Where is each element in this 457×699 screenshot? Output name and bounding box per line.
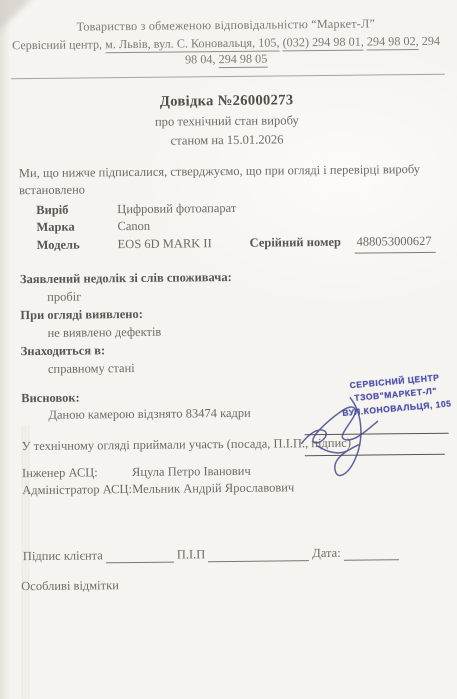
brand-label: Марка [36,219,117,238]
intro-paragraph: Ми, що нижче підписалися, стверджуємо, щ… [19,161,436,199]
service-center-address: Сервісний центр, м. Львів, вул. С. Конов… [0,33,455,70]
administrator-role-label: Адміністратор АСЦ: [22,481,132,500]
engineer-name: Яцула Петро Іванович [132,463,251,482]
condition-heading: Знаходиться в: [21,340,438,360]
phone-number-3-part: 294 [422,34,440,48]
client-signature-blank [106,549,174,564]
phone-number-3-rest: 98 04, [185,52,216,66]
client-pib-blank [208,547,309,562]
engineer-role-label: Інженер АСЦ: [22,464,132,483]
inspection-found-heading: При огляді виявлено: [20,304,437,324]
inspection-found-value: не виявлено дефектів [47,322,437,342]
serial-number-value: 488053000627 [355,233,436,254]
phone-number-4: 294 98 05 [218,52,267,69]
phone-number-2: 294 98 02, [367,34,419,51]
company-name: Товариство з обмеженою відповідальністю … [0,15,454,36]
product-type-value: Цифровий фотоапарат [117,200,236,219]
inspection-sections: Заявлений недолік зі слів споживача: про… [20,268,438,378]
phone-number-1: (032) 294 98 01, [283,35,364,52]
address-prefix: Сервісний центр, [12,37,105,52]
address-street: м. Львів, вул. С. Коновальця, 105, [105,36,280,54]
date-label: Дата: [312,546,341,561]
condition-value: справному стані [48,358,438,378]
claimed-defect-heading: Заявлений недолік зі слів споживача: [20,268,437,288]
client-pib-label: П.І.П [177,547,206,562]
date-blank [344,546,399,561]
scanned-certificate-document: Товариство з обмеженою відповідальністю … [0,0,457,699]
special-notes-label: Особливі відмітки [21,575,440,594]
product-type-label: Виріб [36,201,117,220]
title-block: Довідка №26000273 про технічний стан вир… [0,90,456,150]
product-details: Виріб Цифровий фотоапарат Марка Canon Мо… [36,197,457,257]
document-content: Товариство з обмеженою відповідальністю … [0,0,457,699]
letterhead: Товариство з обмеженою відповідальністю … [0,0,455,70]
handwritten-signature [287,392,418,485]
claimed-defect-value: пробіг [47,285,437,305]
brand-value: Canon [117,218,150,236]
header-divider [11,74,445,80]
document-date-line: станом на 15.01.2026 [0,129,456,150]
document-title: Довідка №26000273 [0,90,455,114]
client-signature-row: Підпис клієнта П.І.П Дата: [23,545,440,564]
administrator-name: Мельник Андрій Ярославович [132,480,294,499]
model-label: Модель [37,236,118,257]
product-row-model: Модель EOS 6D MARK II Серійний номер 488… [37,233,457,257]
intro-line-2: встановлено [19,178,436,199]
document-subtitle: про технічний стан виробу [0,111,455,132]
serial-number-label: Серійний номер [250,234,355,255]
client-signature-label: Підпис клієнта [23,548,103,564]
model-value: EOS 6D MARK II [118,235,250,256]
